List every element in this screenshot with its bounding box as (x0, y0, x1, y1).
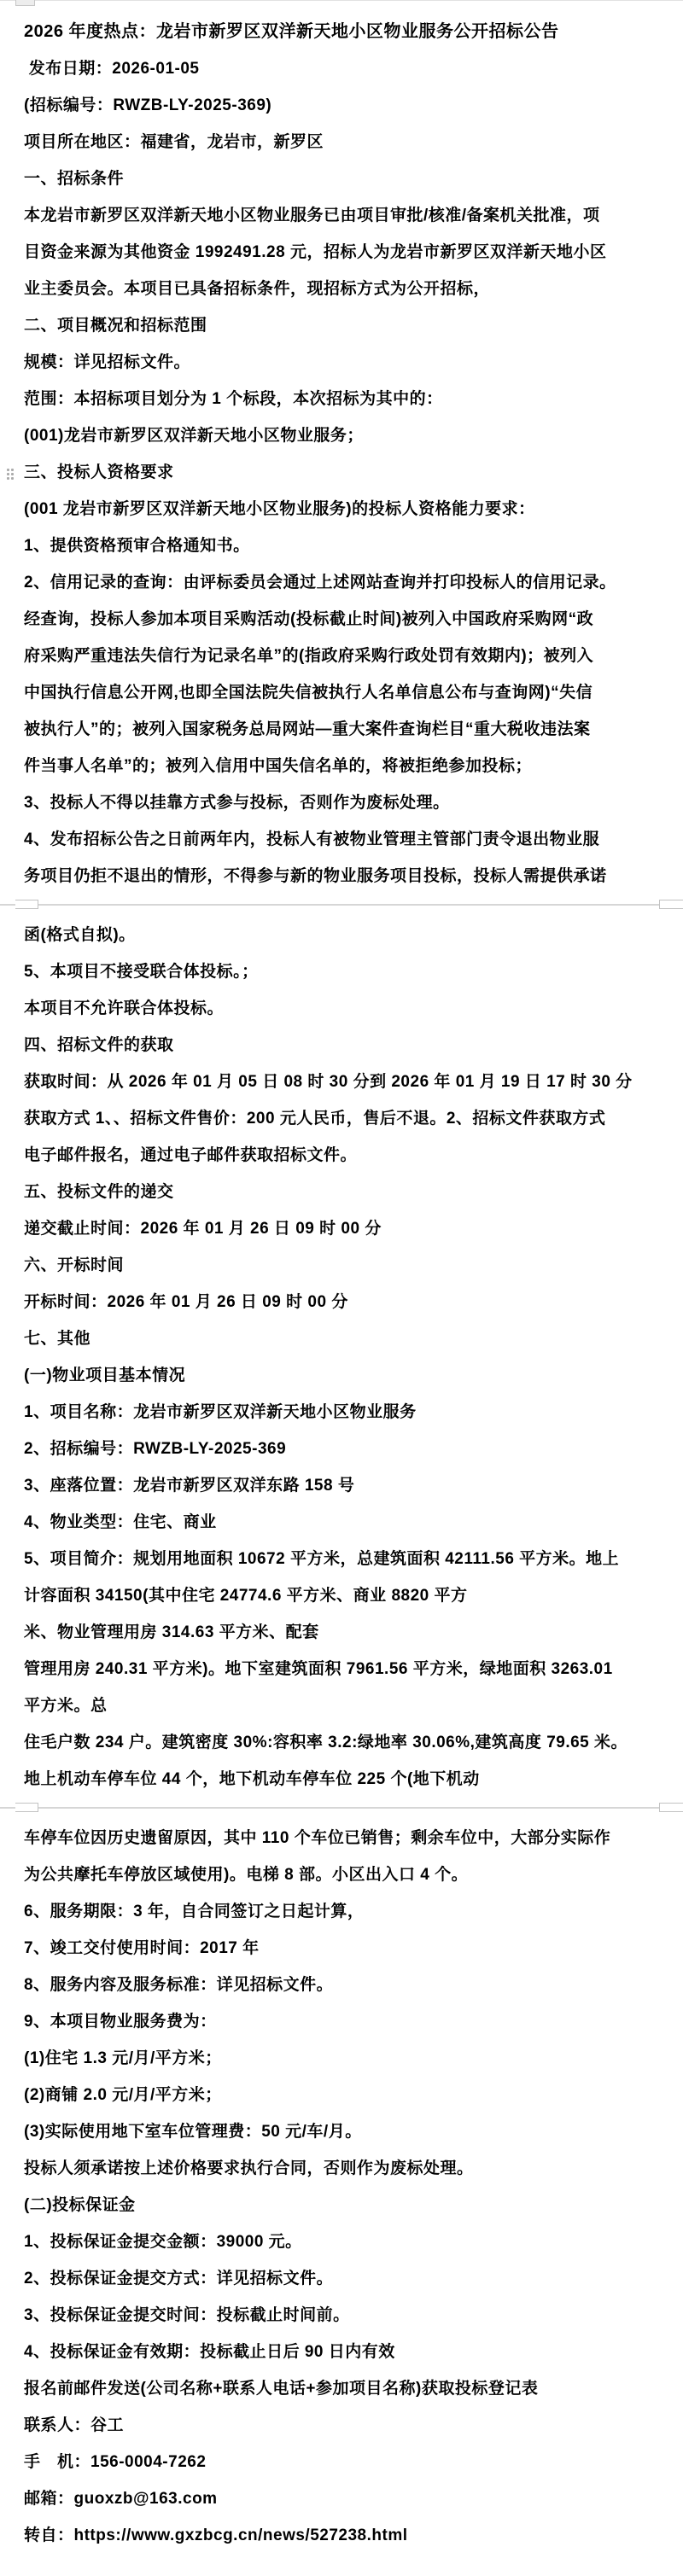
document-line: 府采购严重违法失信行为记录名单”的(指政府采购行政处罚有效期内)；被列入 (0, 638, 683, 674)
document-line: 七、其他 (0, 1320, 683, 1357)
document-line: (3)实际使用地下室车位管理费：50 元/车/月。 (0, 2113, 683, 2150)
document-line: 手 机：156-0004-7262 (0, 2444, 683, 2480)
page-top-line (0, 0, 683, 1)
document-line: 递交截止时间：2026 年 01 月 26 日 09 时 00 分 (0, 1210, 683, 1247)
document-line: 二、项目概况和招标范围 (0, 307, 683, 344)
document-line: 被执行人”的；被列入国家税务总局网站—重大案件查询栏目“重大税收违法案 (0, 711, 683, 748)
document-line: 一、招标条件 (0, 160, 683, 197)
page-break-corner-right (659, 900, 683, 909)
document-line: (001 龙岩市新罗区双洋新天地小区物业服务)的投标人资格能力要求： (0, 491, 683, 527)
document-line: 规模：详见招标文件。 (0, 344, 683, 381)
page-break (0, 895, 683, 917)
document-line: 获取时间：从 2026 年 01 月 05 日 08 时 30 分到 2026 … (0, 1064, 683, 1100)
document: 2026 年度热点：龙岩市新罗区双洋新天地小区物业服务公开招标公告 发布日期：2… (0, 7, 683, 2554)
document-line: 报名前邮件发送(公司名称+联系人电话+参加项目名称)获取投标登记表 (0, 2370, 683, 2407)
page-break-corner-left (15, 900, 38, 909)
page-top-edge (0, 0, 683, 7)
document-line: 米、物业管理用房 314.63 平方米、配套 (0, 1614, 683, 1651)
document-line: 四、招标文件的获取 (0, 1027, 683, 1064)
document-line: 计容面积 34150(其中住宅 24774.6 平方米、商业 8820 平方 (0, 1577, 683, 1614)
document-line: 4、物业类型：住宅、商业 (0, 1504, 683, 1541)
document-line: 发布日期：2026-01-05 (0, 50, 683, 87)
document-line: 本龙岩市新罗区双洋新天地小区物业服务已由项目审批/核准/备案机关批准，项 (0, 197, 683, 234)
document-line: 开标时间：2026 年 01 月 26 日 09 时 00 分 (0, 1284, 683, 1320)
document-line: 投标人须承诺按上述价格要求执行合同，否则作为废标处理。 (0, 2150, 683, 2187)
page-break-corner-left (15, 1803, 38, 1812)
document-line: (2)商铺 2.0 元/月/平方米； (0, 2077, 683, 2113)
page-break-line (0, 1807, 683, 1809)
document-line: 3、投标保证金提交时间：投标截止时间前。 (0, 2297, 683, 2334)
document-line: 获取方式 1、、招标文件售价：200 元人民币，售后不退。2、招标文件获取方式 (0, 1100, 683, 1137)
document-line: 1、项目名称：龙岩市新罗区双洋新天地小区物业服务 (0, 1394, 683, 1431)
document-line: 联系人：谷工 (0, 2407, 683, 2444)
document-line: 7、竣工交付使用时间：2017 年 (0, 1930, 683, 1967)
document-line: 项目所在地区：福建省，龙岩市，新罗区 (0, 124, 683, 160)
document-line: 邮箱：guoxzb@163.com (0, 2480, 683, 2517)
document-line: 目资金来源为其他资金 1992491.28 元，招标人为龙岩市新罗区双洋新天地小… (0, 234, 683, 271)
document-line: 6、服务期限：3 年，自合同签订之日起计算， (0, 1893, 683, 1930)
document-line: 六、开标时间 (0, 1247, 683, 1284)
document-line: 2、信用记录的查询：由评标委员会通过上述网站查询并打印投标人的信用记录。 (0, 564, 683, 601)
document-line: 件当事人名单”的；被列入信用中国失信名单的，将被拒绝参加投标； (0, 748, 683, 784)
document-line: 管理用房 240.31 平方米)。地下室建筑面积 7961.56 平方米，绿地面… (0, 1651, 683, 1687)
document-line: 范围：本招标项目划分为 1 个标段，本次招标为其中的： (0, 381, 683, 417)
document-line: 8、服务内容及服务标准：详见招标文件。 (0, 1967, 683, 2003)
document-line: 4、投标保证金有效期：投标截止日后 90 日内有效 (0, 2334, 683, 2370)
document-line: 地上机动车停车位 44 个，地下机动车停车位 225 个(地下机动 (0, 1761, 683, 1798)
document-line: 经查询，投标人参加本项目采购活动(投标截止时间)被列入中国政府采购网“政 (0, 601, 683, 638)
document-line: 车停车位因历史遗留原因，其中 110 个车位已销售；剩余车位中，大部分实际作 (0, 1820, 683, 1856)
document-line: 业主委员会。本项目已具备招标条件，现招标方式为公开招标， (0, 271, 683, 307)
document-line: 三、投标人资格要求 (0, 454, 683, 491)
document-line: 五、投标文件的递交 (0, 1174, 683, 1210)
document-line: 2、投标保证金提交方式：详见招标文件。 (0, 2260, 683, 2297)
document-title: 2026 年度热点：龙岩市新罗区双洋新天地小区物业服务公开招标公告 (0, 14, 683, 50)
document-line: 函(格式自拟)。 (0, 917, 683, 953)
document-line: 中国执行信息公开网,也即全国法院失信被执行人名单信息公布与查询网)“失信 (0, 674, 683, 711)
document-line: 住毛户数 234 户。建筑密度 30%:容积率 3.2:绿地率 30.06%,建… (0, 1724, 683, 1761)
page-break (0, 1798, 683, 1820)
document-line: (1)住宅 1.3 元/月/平方米； (0, 2040, 683, 2077)
document-line: (招标编号：RWZB-LY-2025-369) (0, 87, 683, 124)
document-line: 4、发布招标公告之日前两年内，投标人有被物业管理主管部门责令退出物业服 (0, 821, 683, 858)
document-line: 平方米。总 (0, 1687, 683, 1724)
document-line: 本项目不允许联合体投标。 (0, 990, 683, 1027)
document-line: 3、座落位置：龙岩市新罗区双洋东路 158 号 (0, 1467, 683, 1504)
document-line: 5、项目简介：规划用地面积 10672 平方米，总建筑面积 42111.56 平… (0, 1541, 683, 1577)
document-line: 3、投标人不得以挂靠方式参与投标，否则作为废标处理。 (0, 784, 683, 821)
document-line: 2、招标编号：RWZB-LY-2025-369 (0, 1431, 683, 1467)
page-break-line (0, 904, 683, 906)
page-top-corner-mark (15, 0, 35, 6)
document-line: (001)龙岩市新罗区双洋新天地小区物业服务； (0, 417, 683, 454)
document-line: (一)物业项目基本情况 (0, 1357, 683, 1394)
document-line: 1、提供资格预审合格通知书。 (0, 527, 683, 564)
document-line: 务项目仍拒不退出的情形，不得参与新的物业服务项目投标，投标人需提供承诺 (0, 858, 683, 895)
document-line: 5、本项目不接受联合体投标。； (0, 953, 683, 990)
document-line: 转自：https://www.gxzbcg.cn/news/527238.htm… (0, 2517, 683, 2554)
document-line: 为公共摩托车停放区域使用)。电梯 8 部。小区出入口 4 个。 (0, 1856, 683, 1893)
page-break-corner-right (659, 1803, 683, 1812)
document-line: 1、投标保证金提交金额：39000 元。 (0, 2223, 683, 2260)
document-line: 9、本项目物业服务费为： (0, 2003, 683, 2040)
paragraph-drag-handle-icon[interactable] (7, 469, 9, 471)
document-line: 电子邮件报名，通过电子邮件获取招标文件。 (0, 1137, 683, 1174)
document-line: (二)投标保证金 (0, 2187, 683, 2223)
